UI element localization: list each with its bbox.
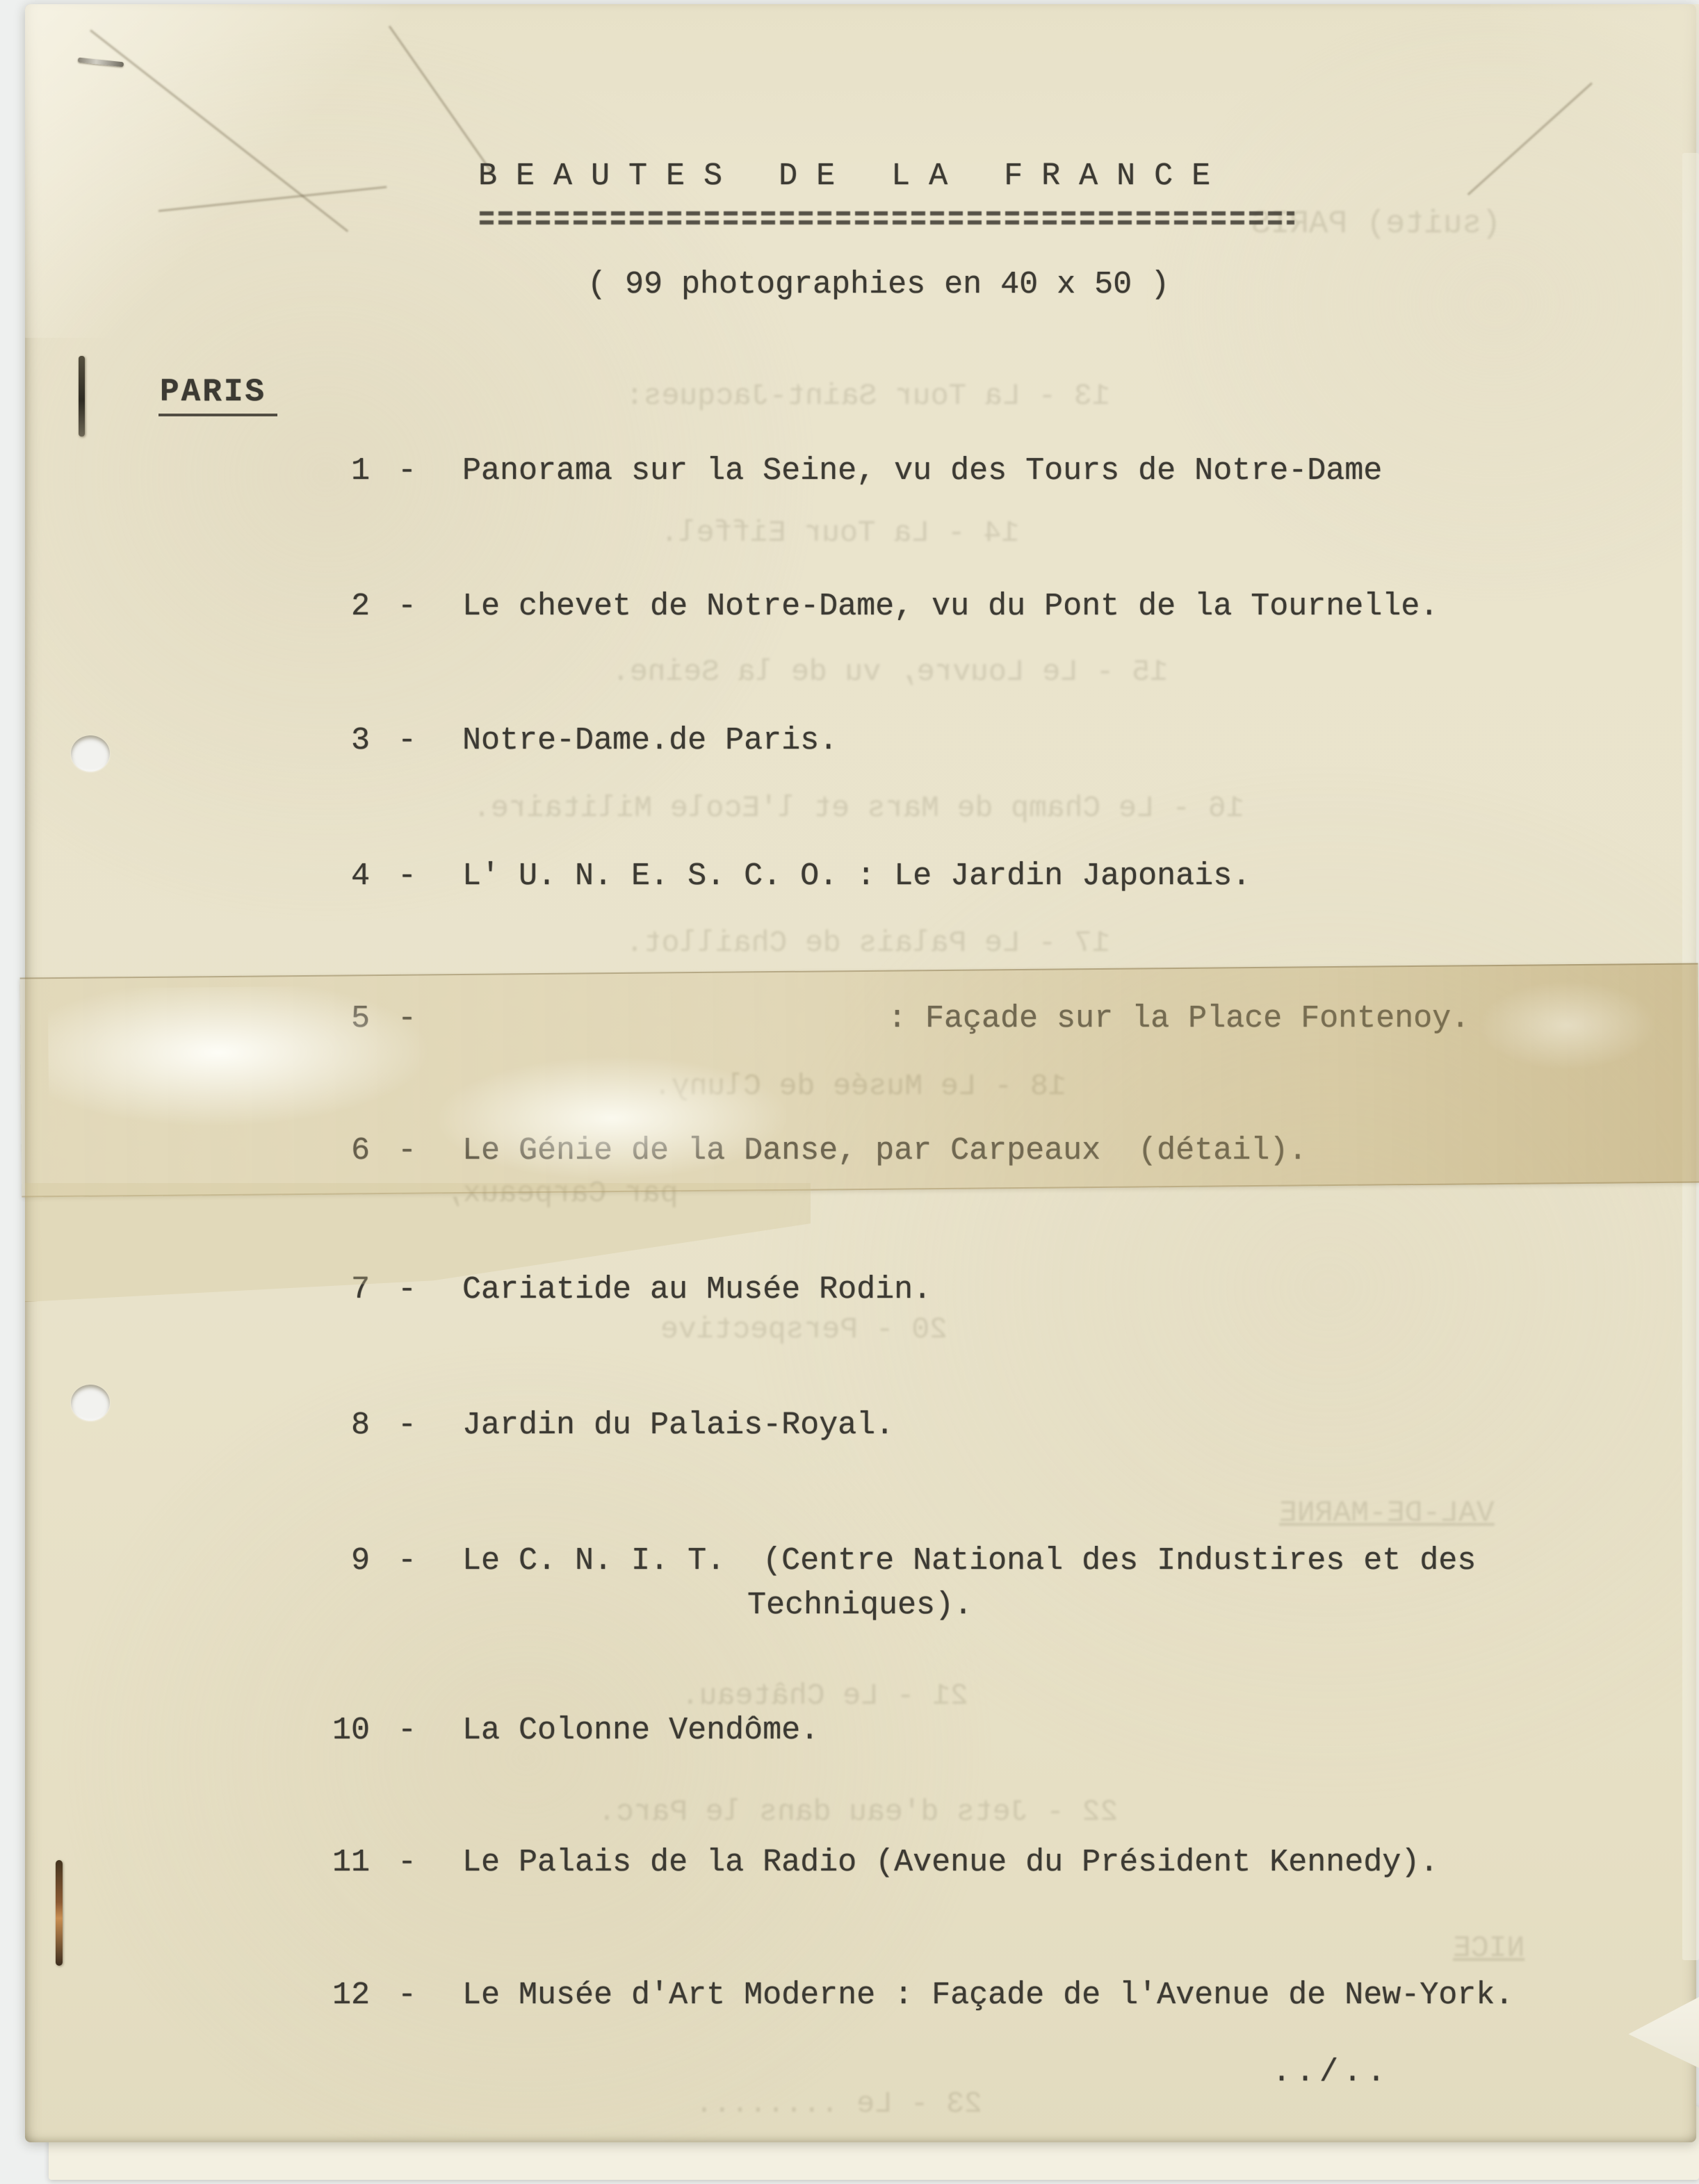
item-dash: - — [398, 587, 416, 626]
item-dash: - — [398, 722, 416, 760]
staple-bottom-left — [56, 1860, 63, 1966]
bleedthrough-text: 14 - La Tour Eiffel. — [660, 516, 1019, 550]
list-item: 2-Le chevet de Notre-Dame, vu du Pont de… — [332, 587, 1438, 626]
list-item: 4-L' U. N. E. S. C. O. : Le Jardin Japon… — [332, 857, 1251, 896]
item-number: 4 — [332, 857, 370, 896]
item-number: 8 — [332, 1406, 370, 1445]
bleedthrough-text: NICE — [1453, 1931, 1525, 1965]
adhesive-tape-strip — [20, 963, 1699, 1197]
bleedthrough-text: 23 - Le ........ — [695, 2087, 982, 2121]
item-number: 3 — [332, 722, 370, 760]
list-item: 11-Le Palais de la Radio (Avenue du Prés… — [332, 1843, 1438, 1882]
item-text: Le Musée d'Art Moderne : Façade de l'Ave… — [462, 1976, 1513, 2015]
top-right-corner-shading — [1490, 4, 1699, 213]
section-heading-paris: PARIS — [158, 374, 277, 416]
bleedthrough-text: 21 - Le Château. — [681, 1679, 968, 1713]
item-text: Cariatide au Musée Rodin. — [462, 1271, 932, 1310]
item-text: Notre-Dame.de Paris. — [462, 722, 838, 760]
item-dash: - — [398, 1843, 416, 1882]
top-left-corner-crease-shading — [25, 4, 400, 338]
item-text: Le Palais de la Radio (Avenue du Préside… — [462, 1843, 1438, 1882]
bleedthrough-text: 17 - Le Palais de Chaillot. — [626, 926, 1110, 960]
list-item: 9-Le C. N. I. T. (Centre National des In… — [332, 1542, 1476, 1581]
item-dash: - — [398, 1711, 416, 1750]
item-text: Jardin du Palais-Royal. — [462, 1406, 894, 1445]
item-text: Le chevet de Notre-Dame, vu du Pont de l… — [462, 587, 1438, 626]
list-item: 10-La Colonne Vendôme. — [332, 1711, 819, 1750]
tape-glare — [1452, 976, 1682, 1075]
document-subtitle: ( 99 photographies en 40 x 50 ) — [587, 267, 1169, 302]
continuation-mark: ../.. — [1272, 2055, 1390, 2090]
item-dash: - — [398, 1406, 416, 1445]
item-number: 9 — [332, 1542, 370, 1581]
bleedthrough-text: 13 - La Tour Saint-Jacques: — [626, 379, 1110, 413]
document-title: B E A U T E S D E L A F R A N C E — [478, 158, 1210, 194]
item-text: L' U. N. E. S. C. O. : Le Jardin Japonai… — [462, 857, 1251, 896]
list-item: 3-Notre-Dame.de Paris. — [332, 722, 838, 760]
item-number: 11 — [332, 1843, 370, 1882]
bleedthrough-text: 22 - Jets d'eau dans le Parc. — [598, 1795, 1118, 1829]
bleedthrough-text: 16 - Le Champ de Mars et l'Ecole Militai… — [473, 791, 1244, 825]
bleedthrough-text: VAL-DE-MARNE — [1279, 1496, 1495, 1530]
item-number: 2 — [332, 587, 370, 626]
list-item: 12-Le Musée d'Art Moderne : Façade de l'… — [332, 1976, 1513, 2015]
item-text: Panorama sur la Seine, vu des Tours de N… — [462, 452, 1382, 491]
item-number: 10 — [332, 1711, 370, 1750]
title-double-underline — [480, 210, 1294, 228]
staple-left-middle — [79, 356, 85, 437]
item-number: 12 — [332, 1976, 370, 2015]
item-dash: - — [398, 1542, 416, 1581]
punch-hole-top — [71, 735, 110, 772]
item-dash: - — [398, 1976, 416, 2015]
item-text: La Colonne Vendôme. — [462, 1711, 819, 1750]
item-text: Le C. N. I. T. (Centre National des Indu… — [462, 1542, 1476, 1581]
bleedthrough-text: 20 - Perspective — [660, 1312, 948, 1346]
list-item: 8-Jardin du Palais-Royal. — [332, 1406, 894, 1445]
tape-glare — [382, 1048, 843, 1188]
list-item: 1-Panorama sur la Seine, vu des Tours de… — [332, 452, 1382, 491]
punch-hole-bottom — [71, 1385, 110, 1421]
tape-glare — [48, 984, 536, 1134]
item-number: 1 — [332, 452, 370, 491]
item-text-continuation: Techniques). — [747, 1586, 973, 1625]
item-dash: - — [398, 452, 416, 491]
scanned-document-page: { "document": { "title": "B E A U T E S … — [0, 0, 1699, 2184]
bleedthrough-text: 15 - Le Louvre, vu de la Seine. — [612, 655, 1168, 689]
item-dash: - — [398, 857, 416, 896]
